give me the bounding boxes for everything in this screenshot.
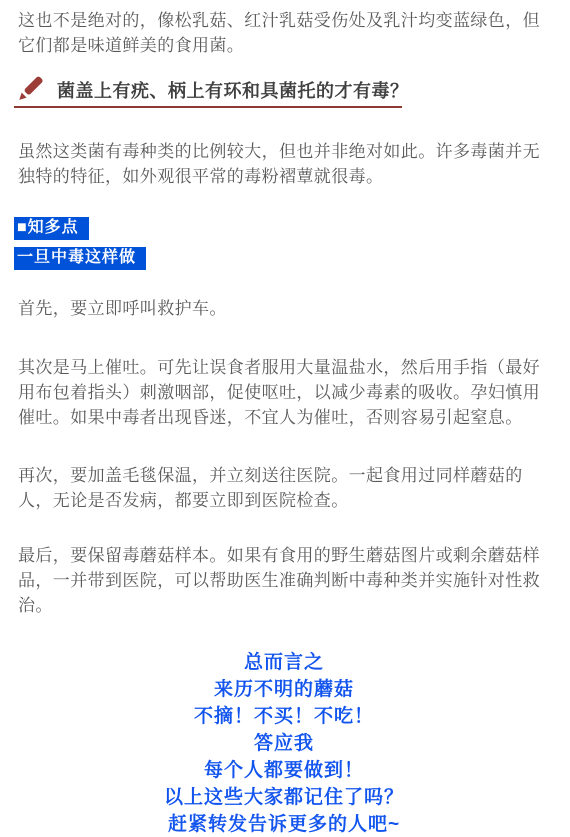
pencil-icon <box>14 74 46 106</box>
first-aid-step-call-ambulance: 首先，要立即呼叫救护车。 <box>14 296 554 321</box>
answer-paragraph: 虽然这类菌有毒种类的比例较大，但也并非绝对如此。许多毒菌并无独特的特征，如外观很… <box>14 139 554 189</box>
first-aid-step-keep-warm-hospital: 再次，要加盖毛毯保温，并立刻送往医院。一起食用过同样蘑菇的人，无论是否发病，都要… <box>14 463 554 513</box>
first-aid-step-keep-sample: 最后，要保留毒蘑菇样本。如果有食用的野生蘑菇图片或剩余蘑菇样品，一并带到医院，可… <box>14 543 554 618</box>
first-aid-step-induce-vomiting: 其次是马上催吐。可先让误食者服用大量温盐水，然后用手指（最好用布包着指头）刺激咽… <box>14 355 554 430</box>
section-heading-text: 菌盖上有疣、柄上有环和具菌托的才有毒？ <box>57 77 409 103</box>
closing-line: 不摘！不买！不吃！ <box>14 703 554 730</box>
section-heading: 菌盖上有疣、柄上有环和具菌托的才有毒？ <box>14 74 402 108</box>
closing-line: 赶紧转发告诉更多的人吧~ <box>14 811 554 837</box>
badge-know-more: ■知多点 <box>14 217 89 240</box>
closing-line: 每个人都要做到！ <box>14 757 554 784</box>
closing-line: 答应我 <box>14 730 554 757</box>
closing-line: 总而言之 <box>14 649 554 676</box>
closing-block: 总而言之 来历不明的蘑菇 不摘！不买！不吃！ 答应我 每个人都要做到！ 以上这些… <box>14 649 554 837</box>
badge-group: ■知多点 一旦中毒这样做 <box>14 217 554 270</box>
badge-poisoning-what-to-do: 一旦中毒这样做 <box>14 247 146 270</box>
article-page: 这也不是绝对的，像松乳菇、红汁乳菇受伤处及乳汁均变蓝绿色，但它们都是味道鲜美的食… <box>0 0 570 837</box>
intro-paragraph: 这也不是绝对的，像松乳菇、红汁乳菇受伤处及乳汁均变蓝绿色，但它们都是味道鲜美的食… <box>14 8 554 58</box>
closing-line: 以上这些大家都记住了吗？ <box>14 784 554 811</box>
closing-line: 来历不明的蘑菇 <box>14 676 554 703</box>
